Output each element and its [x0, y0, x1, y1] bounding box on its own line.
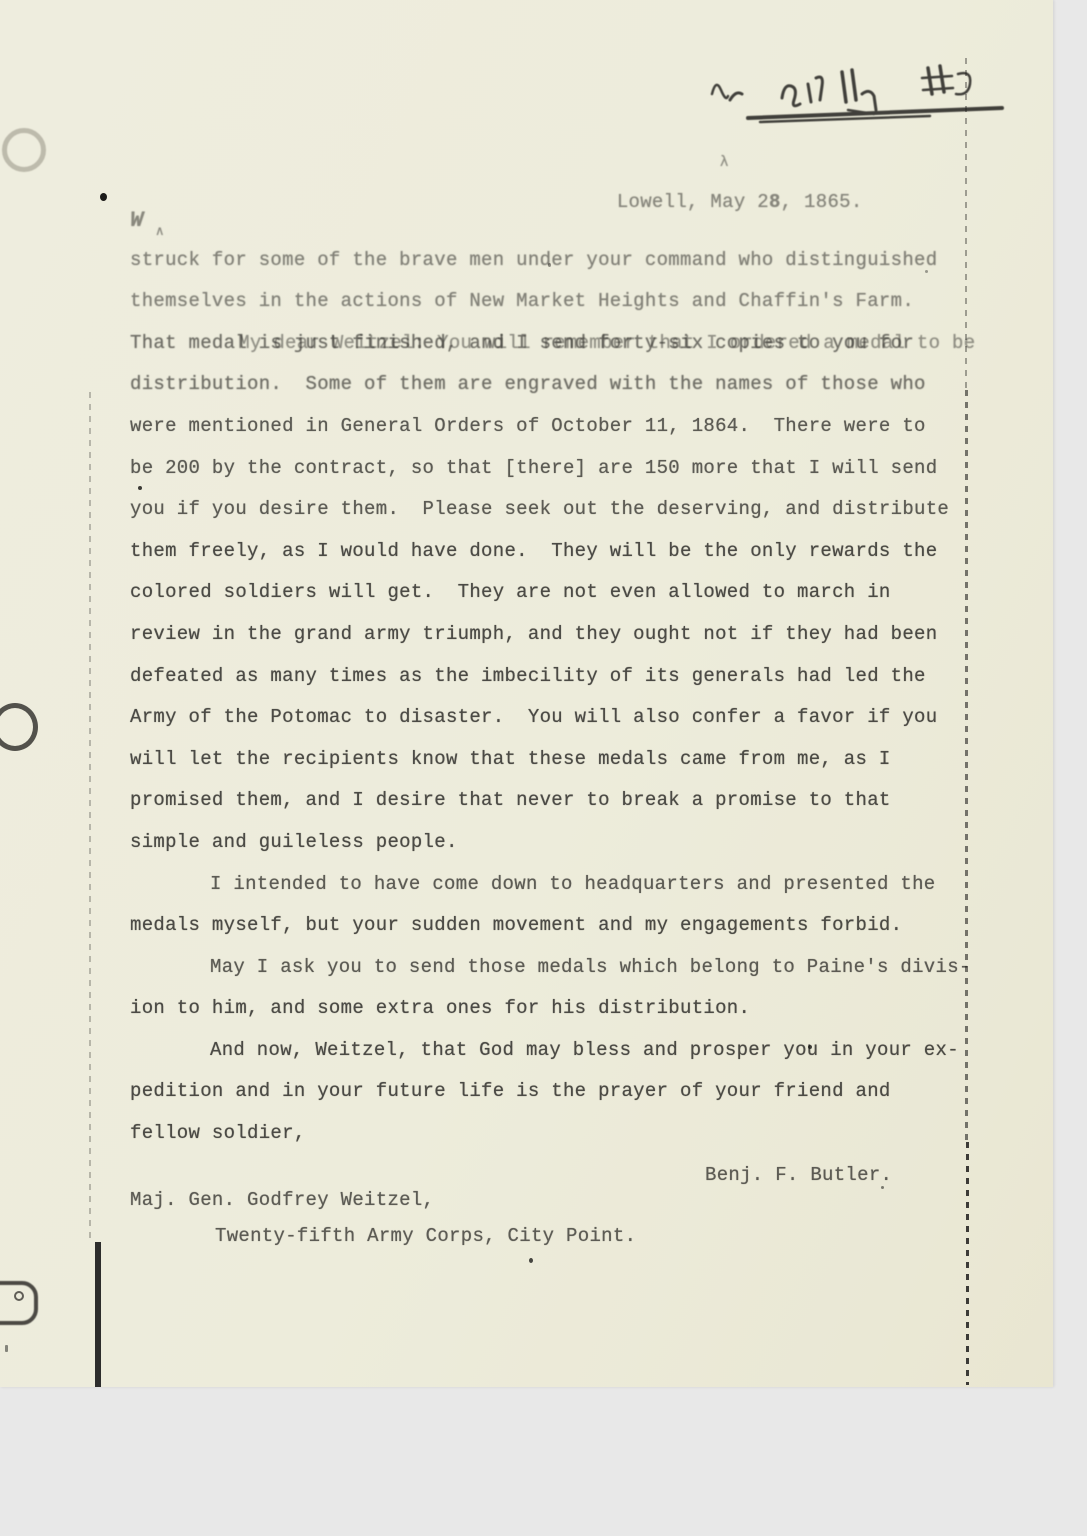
body-line: promised them, and I desire that never t… [130, 780, 990, 822]
ink-speck [5, 1345, 8, 1352]
body-line: themselves in the actions of New Market … [130, 281, 990, 323]
body-line: pedition and in your future life is the … [130, 1071, 990, 1113]
salutation-line: W ∧ My dear Weitzel: You will remember t… [130, 198, 990, 240]
body-line: That medal is just finished, and I send … [130, 323, 990, 365]
body-line: simple and guileless people. [130, 822, 990, 864]
ink-speck [100, 193, 107, 201]
left-fold-line [89, 392, 91, 1242]
body-line: distribution. Some of them are engraved … [130, 364, 990, 406]
left-ink-line [95, 1242, 101, 1387]
ink-speck [138, 486, 142, 490]
body-line: review in the grand army triumph, and th… [130, 614, 990, 656]
margin-insertion-mark: W [126, 200, 147, 242]
right-fold-line-segment [965, 58, 967, 388]
ink-speck [529, 1258, 533, 1263]
ink-speck [881, 1186, 884, 1189]
body-line: them freely, as I would have done. They … [130, 531, 990, 573]
ink-speck [548, 263, 551, 267]
body-line: you if you desire them. Please seek out … [130, 489, 990, 531]
body-line: struck for some of the brave men under y… [130, 240, 990, 282]
body-line: defeated as many times as the imbecility… [130, 656, 990, 698]
body-line: May I ask you to send those medals which… [130, 947, 990, 989]
addressee-line-2: Twenty-fifth Army Corps, City Point. [130, 1216, 990, 1258]
handwritten-scribble [690, 48, 1040, 138]
punch-hole-top [2, 128, 46, 172]
ink-speck [925, 270, 928, 273]
punch-hole-middle [0, 703, 38, 751]
body-line: be 200 by the contract, so that [there] … [130, 448, 990, 490]
stamp-mark-bottom [0, 1281, 38, 1325]
body-line: fellow soldier, [130, 1113, 990, 1155]
body-line: I intended to have come down to headquar… [130, 864, 990, 906]
body-line: will let the recipients know that these … [130, 739, 990, 781]
stamp-mark-dot [14, 1291, 24, 1301]
body-line: And now, Weitzel, that God may bless and… [130, 1030, 990, 1072]
scanned-letter-screenshot: { "letter": { "date_line": { "prefix": "… [0, 0, 1087, 1536]
letter-page: Lowell, May 28, 1865. λ W ∧ My dear Weit… [0, 0, 1053, 1387]
body-line: Army of the Potomac to disaster. You wil… [130, 697, 990, 739]
letter-body: W ∧ My dear Weitzel: You will remember t… [130, 198, 990, 1257]
body-line: ion to him, and some extra ones for his … [130, 988, 990, 1030]
body-line: medals myself, but your sudden movement … [130, 905, 990, 947]
body-line: colored soldiers will get. They are not … [130, 572, 990, 614]
insertion-caret-mark: λ [720, 150, 729, 174]
right-fold-line-segment [965, 390, 968, 1142]
ink-speck [808, 1045, 812, 1049]
right-fold-line-segment [966, 1142, 969, 1385]
body-line: were mentioned in General Orders of Octo… [130, 406, 990, 448]
